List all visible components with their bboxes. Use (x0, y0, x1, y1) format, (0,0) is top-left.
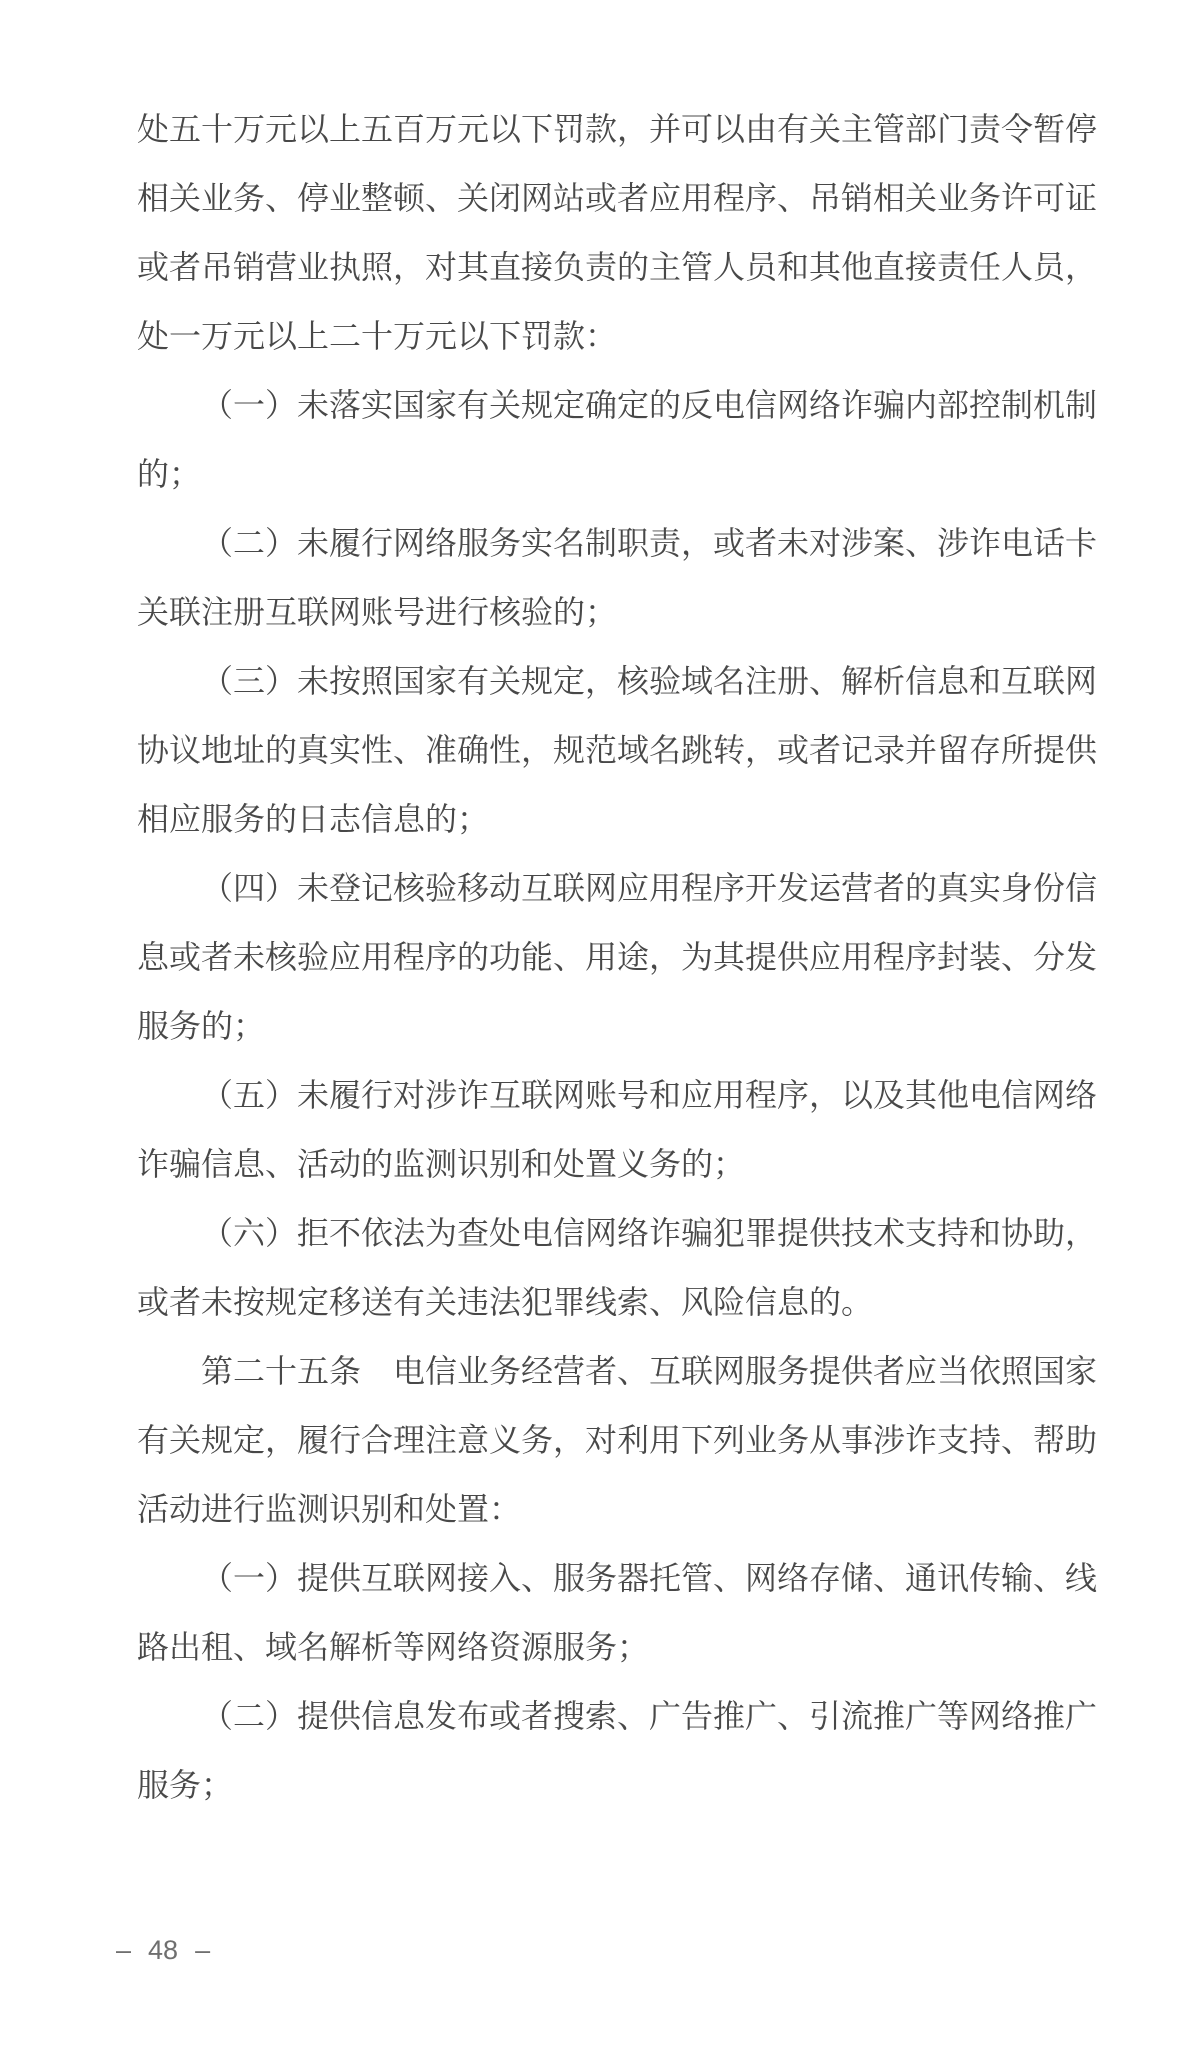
text-line: （二）提供信息发布或者搜索、广告推广、引流推广等网络推广 (137, 1682, 1097, 1751)
text-line: 的； (137, 440, 1097, 509)
text-line: 路出租、域名解析等网络资源服务； (137, 1613, 1097, 1682)
text-line: 相关业务、停业整顿、关闭网站或者应用程序、吊销相关业务许可证 (137, 164, 1097, 233)
page-number: 48 (148, 1935, 178, 1966)
footer-left-dash: – (116, 1935, 131, 1966)
text-line: （四）未登记核验移动互联网应用程序开发运营者的真实身份信 (137, 854, 1097, 923)
text-line: （五）未履行对涉诈互联网账号和应用程序，以及其他电信网络 (137, 1061, 1097, 1130)
text-line: 第二十五条 电信业务经营者、互联网服务提供者应当依照国家 (137, 1337, 1097, 1406)
text-line: （三）未按照国家有关规定，核验域名注册、解析信息和互联网 (137, 647, 1097, 716)
text-line: 或者未按规定移送有关违法犯罪线索、风险信息的。 (137, 1268, 1097, 1337)
text-line: 或者吊销营业执照，对其直接负责的主管人员和其他直接责任人员， (137, 233, 1097, 302)
text-line: （一）提供互联网接入、服务器托管、网络存储、通讯传输、线 (137, 1544, 1097, 1613)
text-line: 服务的； (137, 992, 1097, 1061)
document-page: 处五十万元以上五百万元以下罚款，并可以由有关主管部门责令暂停相关业务、停业整顿、… (0, 0, 1200, 2048)
text-line: 关联注册互联网账号进行核验的； (137, 578, 1097, 647)
text-line: 有关规定，履行合理注意义务，对利用下列业务从事涉诈支持、帮助 (137, 1406, 1097, 1475)
text-line: 相应服务的日志信息的； (137, 785, 1097, 854)
document-lines: 处五十万元以上五百万元以下罚款，并可以由有关主管部门责令暂停相关业务、停业整顿、… (137, 95, 1097, 1820)
text-line: 服务； (137, 1751, 1097, 1820)
text-line: （二）未履行网络服务实名制职责，或者未对涉案、涉诈电话卡 (137, 509, 1097, 578)
footer-right-dash: – (195, 1935, 210, 1966)
text-line: 协议地址的真实性、准确性，规范域名跳转，或者记录并留存所提供 (137, 716, 1097, 785)
text-line: 活动进行监测识别和处置： (137, 1475, 1097, 1544)
text-line: 息或者未核验应用程序的功能、用途，为其提供应用程序封装、分发 (137, 923, 1097, 992)
page-footer: – 48 – (116, 1934, 210, 1966)
text-line: 处五十万元以上五百万元以下罚款，并可以由有关主管部门责令暂停 (137, 95, 1097, 164)
text-line: 处一万元以上二十万元以下罚款： (137, 302, 1097, 371)
text-line: 诈骗信息、活动的监测识别和处置义务的； (137, 1130, 1097, 1199)
text-line: （一）未落实国家有关规定确定的反电信网络诈骗内部控制机制 (137, 371, 1097, 440)
text-line: （六）拒不依法为查处电信网络诈骗犯罪提供技术支持和协助， (137, 1199, 1097, 1268)
